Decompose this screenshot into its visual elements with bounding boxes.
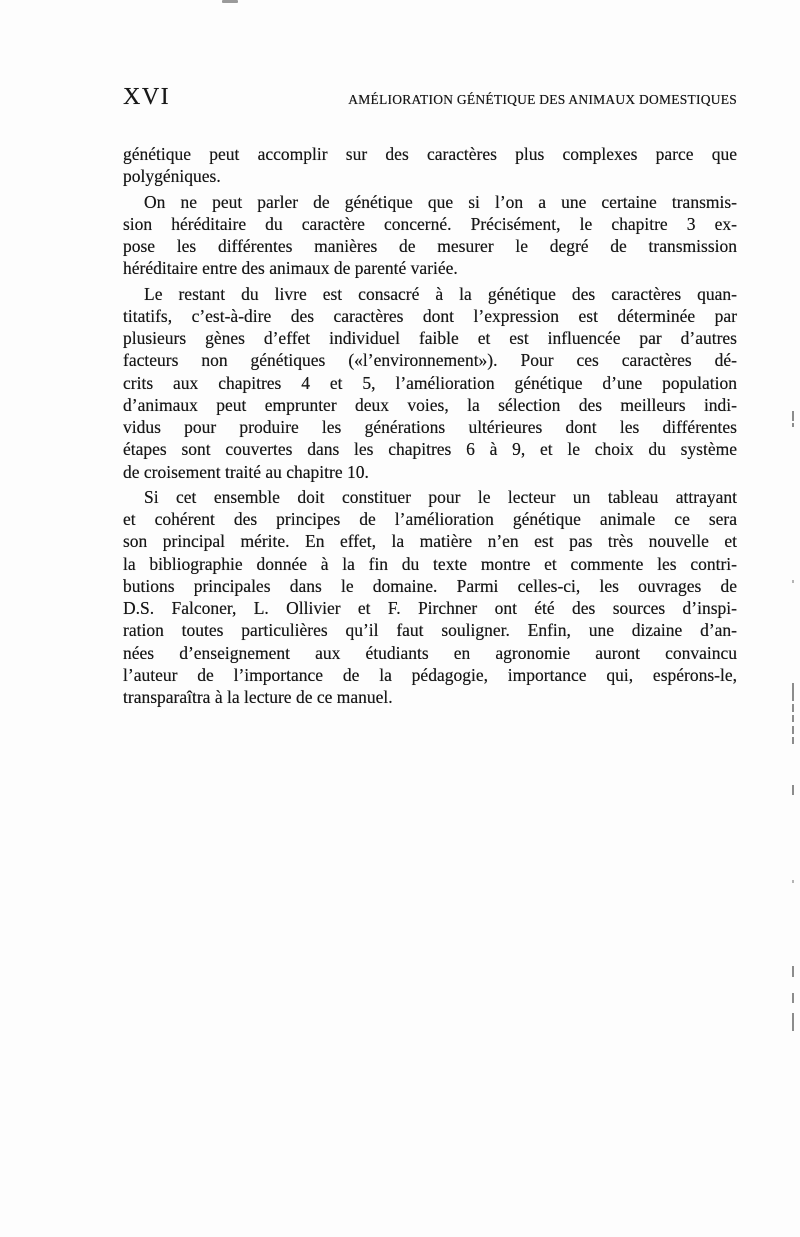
scan-artifact	[222, 0, 238, 3]
page-body: génétique peut accomplir sur des caractè…	[123, 143, 737, 708]
scan-artifact	[792, 715, 794, 722]
text-line: Si cet ensemble doit constituer pour le …	[123, 486, 737, 508]
text-line: pose les différentes manières de mesurer…	[123, 235, 737, 257]
text-line: titatifs, c’est-à-dire des caractères do…	[123, 305, 737, 327]
text-line: D.S. Falconer, L. Ollivier et F. Pirchne…	[123, 597, 737, 619]
text-line: l’auteur de l’importance de la pédagogie…	[123, 664, 737, 686]
page-number: XVI	[123, 84, 170, 111]
scan-artifact	[792, 683, 794, 701]
text-line: sion héréditaire du caractère concerné. …	[123, 213, 737, 235]
paragraph: On ne peut parler de génétique que si l’…	[123, 191, 737, 280]
text-line: butions principales dans le domaine. Par…	[123, 575, 737, 597]
text-line: étapes sont couvertes dans les chapitres…	[123, 438, 737, 460]
scan-artifact	[792, 785, 794, 795]
text-line: et cohérent des principes de l’améliorat…	[123, 508, 737, 530]
text-line: polygéniques.	[123, 165, 737, 187]
paragraph: Le restant du livre est consacré à la gé…	[123, 283, 737, 483]
scan-artifact	[792, 423, 794, 427]
scan-artifact	[792, 411, 794, 421]
paragraph: génétique peut accomplir sur des caractè…	[123, 143, 737, 188]
scan-artifact	[792, 966, 794, 977]
text-line: transparaîtra à la lecture de ce manuel.	[123, 686, 737, 708]
text-line: On ne peut parler de génétique que si l’…	[123, 191, 737, 213]
scan-artifact	[792, 726, 794, 734]
scan-artifact	[792, 704, 794, 712]
scan-artifact	[792, 737, 794, 744]
text-line: nées d’enseignement aux étudiants en agr…	[123, 642, 737, 664]
scan-artifact	[792, 880, 794, 883]
page-header: XVI AMÉLIORATION GÉNÉTIQUE DES ANIMAUX D…	[123, 84, 737, 111]
book-page: XVI AMÉLIORATION GÉNÉTIQUE DES ANIMAUX D…	[0, 0, 800, 1237]
text-line: la bibliographie donnée à la fin du text…	[123, 553, 737, 575]
text-line: facteurs non génétiques («l’environnemen…	[123, 349, 737, 371]
text-line: crits aux chapitres 4 et 5, l’améliorati…	[123, 372, 737, 394]
text-line: Le restant du livre est consacré à la gé…	[123, 283, 737, 305]
scan-artifact	[792, 993, 794, 1003]
text-line: son principal mérite. En effet, la matiè…	[123, 530, 737, 552]
scan-artifact	[792, 1013, 794, 1031]
text-line: héréditaire entre des animaux de parenté…	[123, 257, 737, 279]
running-head-title: AMÉLIORATION GÉNÉTIQUE DES ANIMAUX DOMES…	[348, 92, 737, 108]
text-line: vidus pour produire les générations ulté…	[123, 416, 737, 438]
paragraph: Si cet ensemble doit constituer pour le …	[123, 486, 737, 709]
text-line: génétique peut accomplir sur des caractè…	[123, 143, 737, 165]
text-line: plusieurs gènes d’effet individuel faibl…	[123, 327, 737, 349]
text-line: d’animaux peut emprunter deux voies, la …	[123, 394, 737, 416]
text-line: ration toutes particulières qu’il faut s…	[123, 619, 737, 641]
text-line: de croisement traité au chapitre 10.	[123, 461, 737, 483]
scan-artifact	[792, 580, 794, 583]
